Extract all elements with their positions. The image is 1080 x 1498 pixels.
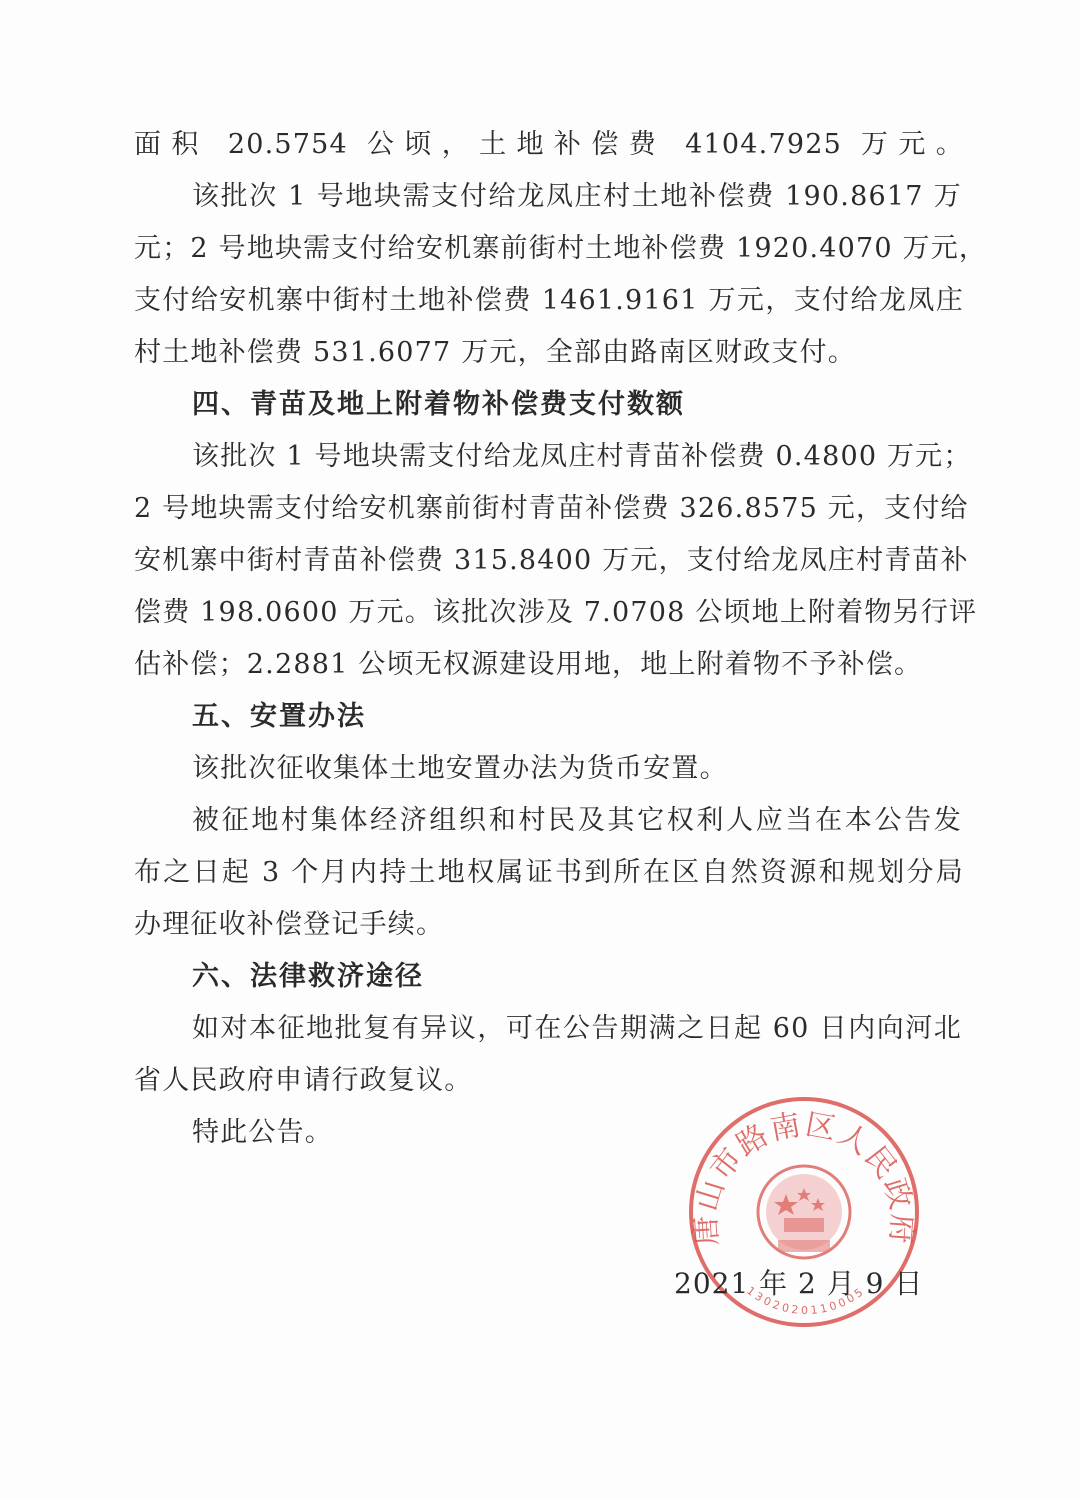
text-line: 元；2 号地块需支付给安机寨前街村土地补偿费 1920.4070 万元， — [134, 231, 964, 267]
text-line: 该批次征收集体土地安置办法为货币安置。 — [192, 751, 1022, 787]
document-page: 面积 20.5754 公顷，土地补偿费 4104.7925 万元。 该批次 1 … — [0, 0, 1080, 1498]
text-line: 如对本征地批复有异议，可在公告期满之日起 60 日内向河北 — [192, 1011, 962, 1047]
text-line: 办理征收补偿登记手续。 — [134, 907, 964, 943]
section-heading: 四、青苗及地上附着物补偿费支付数额 — [192, 387, 1022, 423]
text-line: 2 号地块需支付给安机寨前街村青苗补偿费 326.8575 元，支付给 — [134, 491, 964, 527]
text-line: 面积 20.5754 公顷，土地补偿费 4104.7925 万元。 — [134, 127, 964, 163]
section-heading: 六、法律救济途径 — [192, 959, 1022, 995]
text-line: 布之日起 3 个月内持土地权属证书到所在区自然资源和规划分局 — [134, 855, 964, 891]
text-line: 估补偿；2.2881 公顷无权源建设用地，地上附着物不予补偿。 — [134, 647, 964, 683]
text-line: 被征地村集体经济组织和村民及其它权利人应当在本公告发 — [192, 803, 962, 839]
text-line: 该批次 1 号地块需支付给龙凤庄村土地补偿费 190.8617 万 — [192, 179, 962, 215]
text-line: 该批次 1 号地块需支付给龙凤庄村青苗补偿费 0.4800 万元； — [192, 439, 962, 475]
section-heading: 五、安置办法 — [192, 699, 1022, 735]
text-line: 安机寨中街村青苗补偿费 315.8400 万元，支付给龙凤庄村青苗补 — [134, 543, 964, 579]
text-line: 支付给安机寨中街村土地补偿费 1461.9161 万元，支付给龙凤庄 — [134, 283, 964, 319]
text-line: 偿费 198.0600 万元。该批次涉及 7.0708 公顷地上附着物另行评 — [134, 595, 964, 631]
national-emblem-icon — [758, 1166, 850, 1258]
text-line: 村土地补偿费 531.6077 万元，全部由路南区财政支付。 — [134, 335, 964, 371]
document-date: 2021 年 2 月 9 日 — [674, 1266, 923, 1302]
